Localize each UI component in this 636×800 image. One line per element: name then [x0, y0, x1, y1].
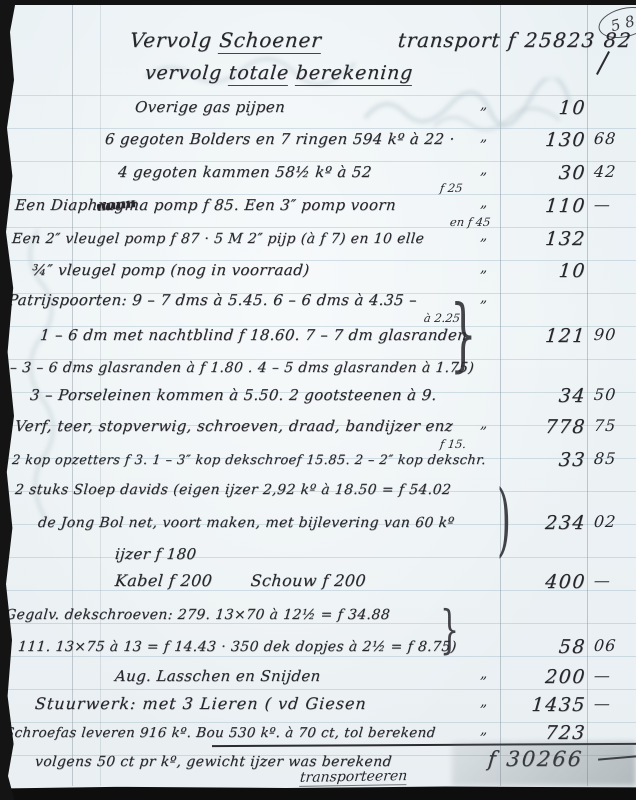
ditto-mark: „ [480, 129, 487, 145]
entry-text: – 3 – 6 dms glasranden à f 1.80 . 4 – 5 … [9, 360, 475, 376]
ledger-row: Een 2″ vleugel pomp f 87 · 5 M 2″ pijp (… [0, 228, 636, 258]
ditto-mark: „ [480, 666, 487, 682]
amount-guilders: 110 [497, 195, 587, 217]
entry-text: Patrijspoorten: 9 – 7 dms à 5.45. 6 – 6 … [7, 291, 418, 309]
amount-cents: 90 [593, 325, 636, 344]
amount-guilders: 121 [497, 325, 587, 347]
amount-cents: — [593, 666, 636, 685]
carry-forward-label: transporteeren [299, 768, 408, 787]
ledger-row: Patrijspoorten: 9 – 7 dms à 5.45. 6 – 6 … [0, 290, 636, 320]
amount-guilders: 10 [497, 260, 587, 282]
ditto-mark: „ [480, 694, 487, 710]
amount-guilders: 58 [497, 636, 587, 658]
scan-smudge [452, 742, 636, 786]
ledger-row: Verf, teer, stopverwig, schroeven, draad… [0, 416, 636, 446]
grouping-brace: } [440, 601, 459, 661]
ledger-page-scan: 58 Vervolg Schoener transport f 25823 82… [0, 0, 636, 800]
entry-text: Een Diaphragma pomp f 85. Een 3″ pomp vo… [14, 196, 397, 214]
ledger-row: 111. 13×75 à 13 = f 14.43 · 350 dek dopj… [0, 636, 636, 666]
entry-text: Stuurwerk: met 3 Lieren ( vd Giesen [34, 694, 367, 713]
ditto-mark: „ [480, 260, 487, 276]
amount-guilders: 132 [497, 228, 587, 250]
ledger-row: 4 gegoten kammen 58½ kº à 52 „ 30 42 [0, 162, 636, 192]
entry-text: Kabel f 200 Schouw f 200 [114, 571, 367, 590]
amount-cents: 85 [593, 449, 636, 468]
scan-edge-bottom [0, 786, 636, 800]
amount-guilders: 200 [497, 666, 587, 688]
amount-cents: 06 [593, 636, 636, 655]
grouping-brace: } [450, 288, 477, 380]
ditto-mark: „ [480, 195, 487, 211]
ditto-mark: „ [480, 97, 487, 113]
amount-guilders: 130 [497, 129, 587, 151]
ditto-mark: „ [480, 416, 487, 432]
ditto-mark: „ [480, 228, 487, 244]
amount-cents: 42 [593, 162, 636, 181]
header-row-2: vervolg totale berekening [0, 62, 636, 92]
ledger-row: de Jong Bol net, voort maken, met bijlev… [0, 512, 636, 542]
amount-cents: — [593, 694, 636, 713]
entry-text: Gegalv. dekschroeven: 279. 13×70 à 12½ =… [4, 607, 391, 623]
ditto-mark: „ [480, 722, 487, 738]
ledger-row: Overige gas pijpen „ 10 [0, 97, 636, 127]
entry-text: volgens 50 ct pr kº, gewicht ijzer was b… [34, 754, 392, 770]
amount-cents: 75 [593, 416, 636, 435]
amount-guilders: 30 [497, 162, 587, 184]
entry-text: 2 stuks Sloep davids (eigen ijzer 2,92 k… [14, 482, 452, 498]
header-row: Vervolg Schoener transport f 25823 82 [0, 28, 636, 58]
amount-guilders: 10 [497, 97, 587, 119]
inline-superscript: f 25 [439, 181, 463, 195]
ledger-row: ¾″ vleugel pomp (nog in voorraad) „ 10 [0, 260, 636, 290]
ledger-row: Aug. Lasschen en Snijden „ 200 — [0, 666, 636, 696]
ledger-row: ijzer f 180 [0, 544, 636, 574]
ledger-row: Een Diaphragma pomp f 85. Een 3″ pomp vo… [0, 195, 636, 225]
entry-text: Aug. Lasschen en Snijden [114, 667, 321, 685]
ditto-mark: „ [480, 162, 487, 178]
ditto-mark: „ [480, 290, 487, 306]
ledger-row: 1 – 6 dm met nachtblind f 18.60. 7 – 7 d… [0, 325, 636, 355]
amount-guilders: 34 [497, 385, 587, 407]
scan-edge-top [0, 0, 636, 5]
amount-guilders: 778 [497, 416, 587, 438]
entry-text: 111. 13×75 à 13 = f 14.43 · 350 dek dopj… [17, 639, 457, 655]
amount-cents: — [593, 571, 636, 590]
ledger-row: 3 – Porseleinen kommen à 5.50. 2 gootste… [0, 385, 636, 415]
amount-cents: 68 [593, 129, 636, 148]
entry-text: 3 – Porseleinen kommen à 5.50. 2 gootste… [29, 386, 437, 404]
ledger-row: Gegalv. dekschroeven: 279. 13×70 à 12½ =… [0, 604, 636, 634]
inline-superscript: f 15. [439, 437, 467, 451]
entry-text: de Jong Bol net, voort maken, met bijlev… [37, 515, 455, 531]
amount-cents: 50 [593, 385, 636, 404]
entry-text: Overige gas pijpen [134, 98, 286, 116]
header-prefix: Vervolg Schoener [129, 28, 323, 52]
amount-guilders: 723 [497, 722, 587, 744]
entry-text: Verf, teer, stopverwig, schroeven, draad… [14, 417, 454, 435]
ledger-row: 6 gegoten Bolders en 7 ringen 594 kº à 2… [0, 129, 636, 159]
amount-cents: — [593, 195, 636, 214]
amount-guilders: 400 [497, 571, 587, 593]
ledger-row: – 3 – 6 dms glasranden à f 1.80 . 4 – 5 … [0, 357, 636, 387]
entry-text: 1 – 6 dm met nachtblind f 18.60. 7 – 7 d… [39, 326, 468, 344]
header-title: Schoener [218, 28, 323, 54]
ledger-row: Stuurwerk: met 3 Lieren ( vd Giesen „ 14… [0, 694, 636, 724]
entry-text: 2 kop opzetters f 3. 1 – 3″ kop dekschro… [11, 453, 486, 468]
ledger-row: Kabel f 200 Schouw f 200 400 — [0, 571, 636, 601]
amount-guilders: 33 [497, 449, 587, 471]
entry-text: Een 2″ vleugel pomp f 87 · 5 M 2″ pijp (… [11, 231, 425, 247]
transport-label: transport [397, 28, 501, 52]
inline-superscript: en f 45 [449, 215, 491, 229]
amount-cents: 02 [593, 512, 636, 531]
entry-text: ijzer f 180 [114, 545, 197, 563]
transport-amount: f 25823 82 [507, 28, 633, 52]
entry-text: Schroefas leveren 916 kº. Bou 530 kº. à … [4, 725, 436, 741]
header-subtitle: vervolg totale berekening [144, 62, 414, 84]
entry-text: ¾″ vleugel pomp (nog in voorraad) [31, 261, 310, 279]
entry-text: 6 gegoten Bolders en 7 ringen 594 kº à 2… [104, 130, 455, 148]
ledger-row: 2 kop opzetters f 3. 1 – 3″ kop dekschro… [0, 449, 636, 479]
ledger-row: 2 stuks Sloep davids (eigen ijzer 2,92 k… [0, 479, 636, 509]
amount-guilders: 1435 [497, 694, 587, 716]
entry-text: 4 gegoten kammen 58½ kº à 52 [117, 163, 372, 181]
